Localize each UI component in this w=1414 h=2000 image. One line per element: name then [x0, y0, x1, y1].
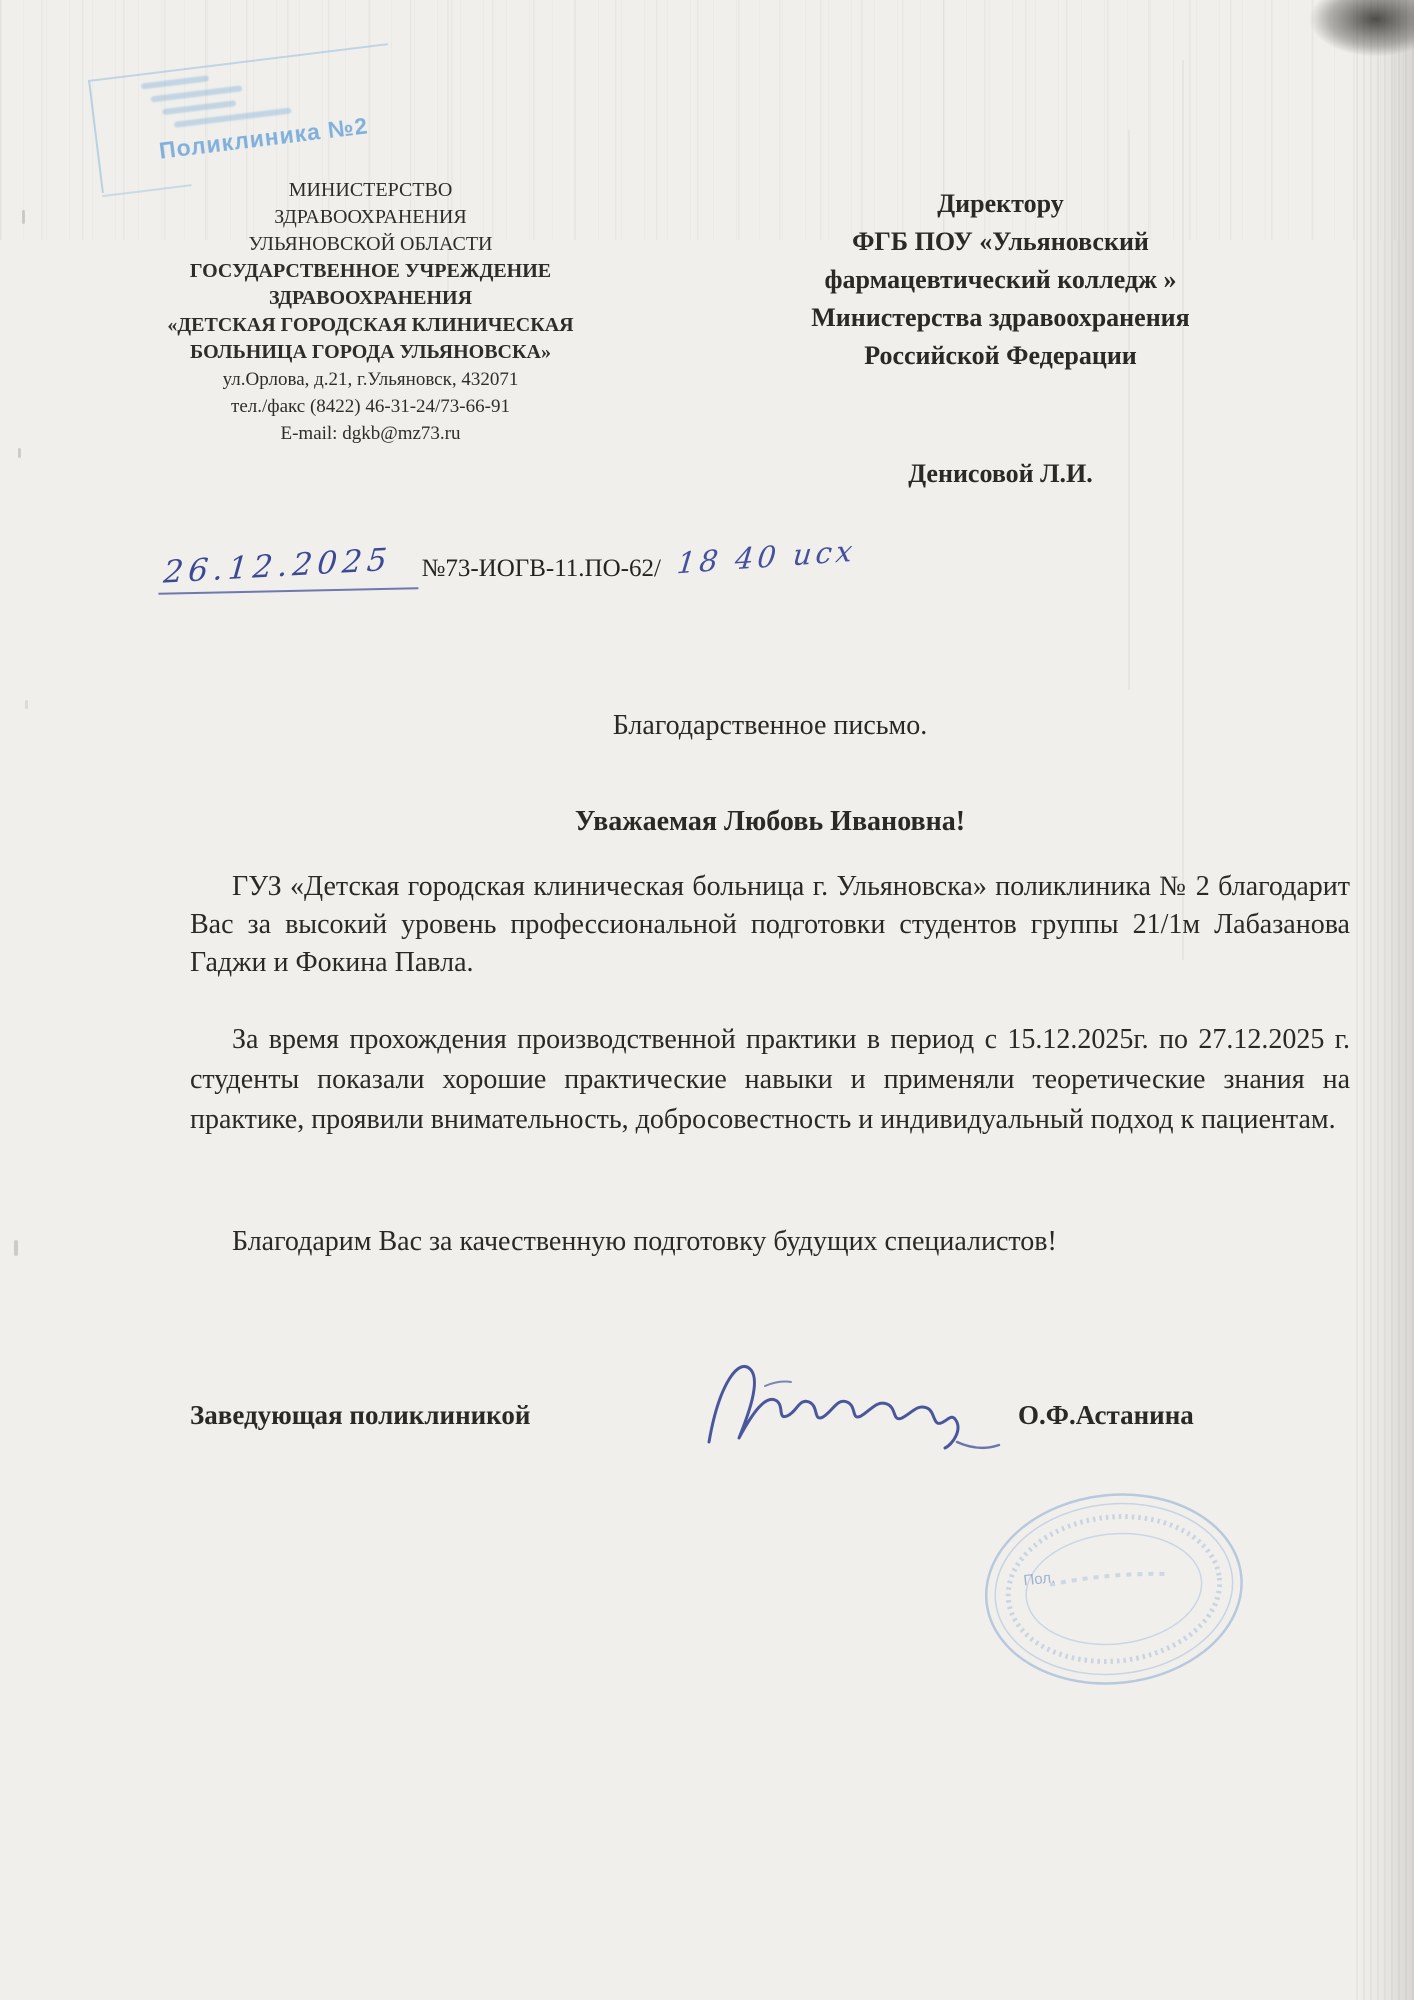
- letterhead-line: УЛЬЯНОВСКОЙ ОБЛАСТИ: [118, 231, 623, 258]
- letterhead-org-line: БОЛЬНИЦА ГОРОДА УЛЬЯНОВСКА»: [118, 339, 623, 366]
- scan-edge-band: [1356, 0, 1414, 2000]
- scan-mark: [14, 1240, 18, 1256]
- reference-line: 26.12.2025№73-ИОГВ-11.ПО-62/18 40 исх: [158, 548, 1058, 612]
- letterhead: МИНИСТЕРСТВО ЗДРАВООХРАНЕНИЯ УЛЬЯНОВСКОЙ…: [118, 177, 623, 447]
- paragraph-thanks: ГУЗ «Детская городская клиническая больн…: [190, 868, 1350, 982]
- handwritten-outgoing-number: 18 40 исх: [675, 534, 858, 581]
- scan-mark: [18, 448, 21, 458]
- salutation: Уважаемая Любовь Ивановна!: [190, 806, 1350, 838]
- signer-name: О.Ф.Астанина: [1018, 1400, 1194, 1431]
- letterhead-line: МИНИСТЕРСТВО: [118, 177, 623, 204]
- letterhead-line: ЗДРАВООХРАНЕНИЯ: [118, 204, 623, 231]
- letterhead-org-line: ЗДРАВООХРАНЕНИЯ: [118, 285, 623, 312]
- stamp-illegible-line: [141, 75, 209, 89]
- paragraph-practice-period: За время прохождения производственной пр…: [190, 1020, 1350, 1140]
- stamp-polyclinic-label: Поликлиника №2: [158, 109, 400, 165]
- letterhead-org-line: «ДЕТСКАЯ ГОРОДСКАЯ КЛИНИЧЕСКАЯ: [118, 312, 623, 339]
- addressee-line: Российской Федерации: [728, 337, 1273, 375]
- addressee-name: Денисовой Л.И.: [728, 455, 1273, 493]
- paragraph-closing: Благодарим Вас за качественную подготовк…: [190, 1222, 1350, 1262]
- round-stamp: Пол.: [963, 1472, 1265, 1708]
- letterhead-email: E-mail: dgkb@mz73.ru: [118, 420, 623, 447]
- handwritten-signature: [695, 1346, 1005, 1464]
- scan-mark: [22, 210, 25, 224]
- addressee-line: фармацевтический колледж »: [728, 261, 1273, 299]
- addressee-line: Министерства здравоохранения: [728, 299, 1273, 337]
- document-number: №73-ИОГВ-11.ПО-62/: [422, 555, 661, 582]
- scan-mark: [25, 700, 28, 709]
- scan-corner-smudge: [1254, 0, 1414, 120]
- handwritten-date-underline: 26.12.2025: [158, 545, 418, 594]
- stamp-illegible-line: [162, 100, 236, 115]
- scanned-letter-page: Поликлиника №2 МИНИСТЕРСТВО ЗДРАВООХРАНЕ…: [0, 0, 1414, 2000]
- letterhead-phone: тел./факс (8422) 46-31-24/73-66-91: [118, 393, 623, 420]
- signer-position: Заведующая поликлиникой: [190, 1400, 530, 1431]
- addressee-line: Директору: [728, 185, 1273, 223]
- stamp-text-fragment: Пол.: [1023, 1569, 1056, 1589]
- addressee-line: ФГБ ПОУ «Ульяновский: [728, 223, 1273, 261]
- handwritten-date: 26.12.2025: [162, 542, 393, 591]
- stamp-illegible-line: [150, 85, 242, 102]
- addressee-block: Директору ФГБ ПОУ «Ульяновский фармацевт…: [728, 185, 1273, 493]
- letterhead-org-line: ГОСУДАРСТВЕННОЕ УЧРЕЖДЕНИЕ: [118, 258, 623, 285]
- letterhead-address: ул.Орлова, д.21, г.Ульяновск, 432071: [118, 366, 623, 393]
- document-title: Благодарственное письмо.: [190, 710, 1350, 742]
